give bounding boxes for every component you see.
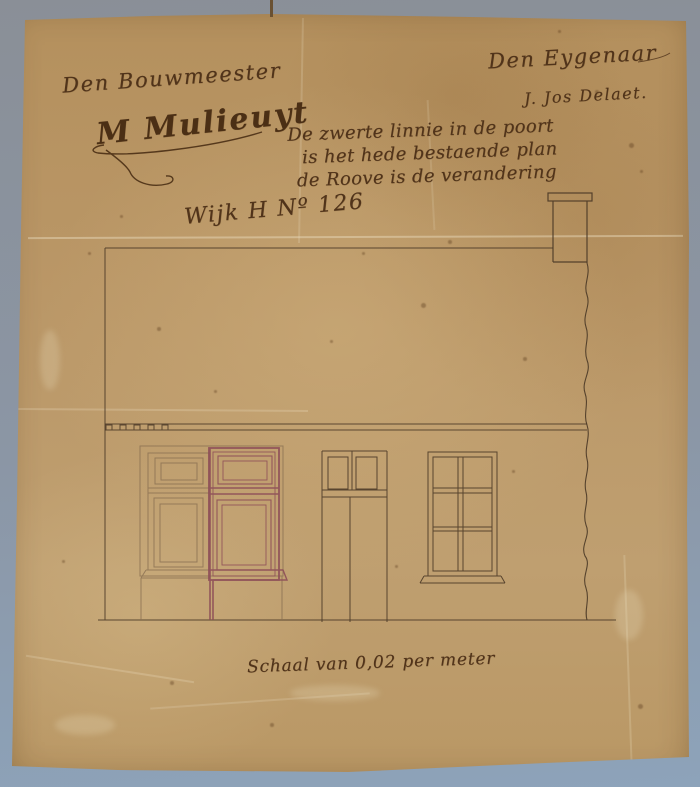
paper-stain: [512, 470, 515, 473]
paper-light-blotch: [40, 330, 60, 390]
paper-stain: [640, 170, 643, 173]
paper-stain: [421, 303, 426, 308]
paper-stain: [362, 252, 365, 255]
paper-stain: [638, 704, 643, 709]
paper-stain: [214, 390, 217, 393]
paper-stain: [62, 560, 65, 563]
builder-signature: M Mulieuyt: [95, 95, 311, 152]
paper-stain: [448, 240, 452, 244]
entrance-door-with-transom: [322, 451, 387, 622]
party-wall-wavy-edge: [584, 263, 589, 620]
paper-light-blotch: [615, 590, 643, 640]
owner-signature: J. Jos Delaet.: [524, 83, 648, 108]
paper-stain: [558, 30, 561, 33]
chimney: [548, 193, 592, 263]
district-house-number: Wijk H Nº 126: [183, 189, 365, 230]
paper-light-blotch: [290, 685, 380, 701]
paper-crease: [26, 655, 194, 684]
paper-stain: [629, 143, 634, 148]
builder-heading: Den Bouwmeester: [61, 58, 282, 97]
legend-note: De zwerte linnie in de poort is het hede…: [287, 114, 559, 192]
gate-window-existing-plan: [140, 446, 283, 620]
hanging-string-mark: [270, 0, 273, 17]
paper-crease: [623, 555, 632, 767]
scan-background: Den Bouwmeester M Mulieuyt Den Eygenaar …: [0, 0, 700, 787]
cornice-band: [105, 424, 587, 430]
paper-stain: [330, 340, 333, 343]
paper-crease: [28, 235, 683, 239]
six-pane-window: [420, 452, 505, 583]
paper-stain: [523, 357, 527, 361]
paper-stain: [120, 215, 123, 218]
paper-stain: [157, 327, 161, 331]
scale-note: Schaal van 0,02 per meter: [247, 649, 496, 678]
paper-stain: [7, 44, 12, 49]
paper-light-blotch: [55, 715, 115, 735]
facade-outline: [98, 248, 616, 620]
paper-crease: [150, 692, 370, 709]
gate-window-red-change: [209, 448, 287, 620]
paper-stain: [270, 723, 274, 727]
paper-stain: [88, 252, 91, 255]
owner-heading: Den Eygenaar: [487, 41, 657, 74]
paper-stain: [170, 681, 174, 685]
paper-crease: [18, 408, 308, 412]
paper-sheet: Den Bouwmeester M Mulieuyt Den Eygenaar …: [0, 0, 700, 787]
paper-stain: [395, 565, 398, 568]
